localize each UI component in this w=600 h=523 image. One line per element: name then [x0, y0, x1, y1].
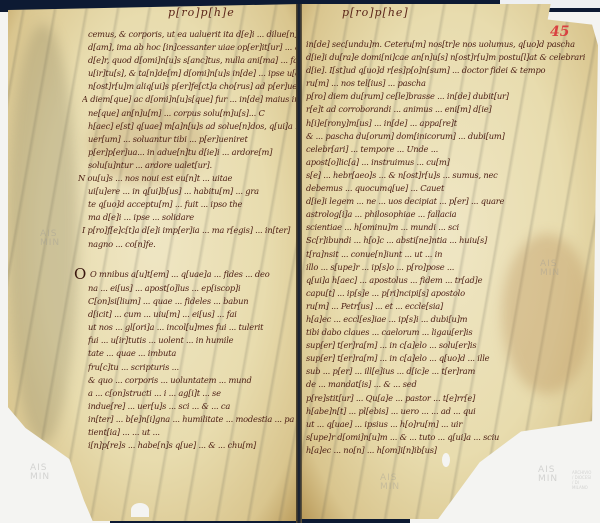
watermark-caption: ARCHIVIO / DIOCESI / DI MILANO — [572, 470, 591, 490]
text-line: p[re]stit[ur] ... Qu[a]e ... pastor ... … — [306, 392, 585, 405]
watermark-line-2: MIN — [538, 475, 558, 484]
text-line: r[e]t ad corroborandi ... animus ... eni… — [306, 103, 585, 116]
initial-letter-o: O — [74, 268, 86, 282]
watermark-line-2: MIN — [380, 483, 400, 492]
text-line: & ... pascha du[orum] dom[inicorum] ... … — [306, 130, 585, 143]
text-line: nagno ... co[n]fe. — [88, 238, 300, 251]
left-text-first-line: O mnibus a[u]t[em] ... q[uae]a ... fides… — [90, 268, 270, 281]
text-line: scientiae ... h[ominu]m ... mundi ... sc… — [306, 221, 585, 234]
text-line: h[abe]n[t] ... pl[ebis] ... uero ... ...… — [306, 405, 585, 418]
running-header: p[ro]p[he] — [342, 6, 409, 19]
text-line: te q[uo]d acceptu[m] ... fuit ... ipso t… — [88, 198, 300, 211]
watermark: AIS MIN ARCHIVIO / DIOCESI / DI MILANO — [538, 466, 558, 484]
text-line: sup[er] t[er]ra[m] ... in c[a]elo ... so… — [306, 339, 585, 352]
text-line: cemus, & corporis, ut ea ualuerit ita d[… — [88, 28, 300, 41]
text-line: u[ir]tu[s], & ta[n]de[m] d[omi]n[u]s in[… — [88, 67, 300, 80]
text-line: ru[m] ... Petr[us] ... et ... eccle[sia] — [306, 300, 585, 313]
text-line: i[n]p[re]s ... habe[n]s q[ue] ... & ... … — [88, 439, 294, 452]
text-line: h[a]ec ... eccl[es]iae ... ip[s]i ... du… — [306, 313, 585, 326]
text-line: na ... ei[us] ... apost[o]lus ... ep[isc… — [88, 282, 294, 295]
text-line: ut nos ... gl[ori]a ... incol[u]mes fui … — [88, 321, 294, 334]
running-header: p[ro]p[h]e — [168, 6, 235, 19]
text-line: & quo ... corporis ... uoluntatem ... mu… — [88, 374, 294, 387]
parchment-hole — [131, 503, 149, 517]
watermark: AIS MIN — [40, 230, 60, 248]
text-line: n[ost]r[u]m aliq[ui]s p[er]fe[ct]a cho[r… — [88, 80, 300, 93]
text-line: ma d[e]i ... ipse ... solidare — [88, 211, 300, 224]
text-line: d[am], ima ab hoc [in]cessanter uiae op[… — [88, 41, 300, 54]
text-line: astrolog[i]a ... philosophiae ... fallac… — [306, 208, 585, 221]
text-line: d[ie]i legem ... ne ... uos decipiat ...… — [306, 195, 585, 208]
text-line: p[ro] diem du[rum] ce[le]brasse ... in[d… — [306, 90, 585, 103]
text-line: a ... c[on]structi ... i ... ag[i]t ... … — [88, 387, 294, 400]
right-text-block: in[de] sec[undu]m. Ceteru[m] nos[tr]e no… — [306, 38, 585, 457]
text-line: d[ie]. I[st]ud q[uo]d r[es]p[o]n[sum] ..… — [306, 64, 585, 77]
text-line: s[upe]r d[omi]n[u]m ... & ... tuto ... q… — [306, 431, 585, 444]
text-line: ut ... q[uae] ... ipsius ... h[o]ru[m] .… — [306, 418, 585, 431]
text-line: in[ter] ... b[e]n[i]gna ... humilitate .… — [88, 413, 294, 426]
watermark: AIS MIN — [380, 474, 400, 492]
text-line: O mnibus a[u]t[em] ... q[uae]a ... fides… — [90, 268, 270, 281]
left-page: p[ro]p[h]e cemus, & corporis, ut ea ualu… — [8, 4, 300, 521]
watermark-line-2: MIN — [30, 473, 50, 482]
text-line: I p[ro]f[e]c[t]a d[e]i imp[er]ia ... ma … — [82, 224, 300, 237]
text-line: fru[c]tu ... scripturis ... — [88, 361, 294, 374]
left-text-block-1: cemus, & corporis, ut ea ualuerit ita d[… — [88, 28, 300, 251]
watermark: AIS MIN — [540, 260, 560, 278]
left-text-block-2: O na ... ei[us] ... apost[o]lus ... ep[i… — [88, 268, 294, 452]
book-gutter — [296, 4, 302, 523]
text-line: N ou[u]s ... nos noui est eu[n]t ... uit… — [78, 172, 300, 185]
text-line: s[e] ... hebr[aeo]s ... & n[ost]r[u]s ..… — [306, 169, 585, 182]
text-line: in[de] sec[undu]m. Ceteru[m] nos[tr]e no… — [306, 38, 585, 51]
text-line: solu[u]ntur ... ardore ualet[ur]. — [88, 159, 300, 172]
text-line: h[i]e[rony]m[us] ... in[de] ... appa[re]… — [306, 117, 585, 130]
text-line: fui ... u[ir]tutis ... uolent ... in hum… — [88, 334, 294, 347]
text-line: d[icit] ... cum ... uiu[m] ... ei[us] ..… — [88, 308, 294, 321]
text-line: celebr[ari] ... tempore ... Unde ... — [306, 143, 585, 156]
text-line: h[aec] e[st] q[uae] m[a]n[u]s ad solue[n… — [88, 120, 300, 133]
parchment-hole — [442, 453, 450, 467]
text-line: uer[um] ... soluantur tibi ... p[er]ueni… — [88, 133, 300, 146]
text-line: tibi dabo claues ... caelorum ... ligau[… — [306, 326, 585, 339]
text-line: d[ie]i du[ra]e domi[ni]cae an[n]u[s] n[o… — [306, 51, 585, 64]
text-line: sub ... p[er] ... ill[e]ius ... d[ic]e .… — [306, 365, 585, 378]
text-line: capu[t] ... ip[s]e ... p[ri]ncipi[s] apo… — [306, 287, 585, 300]
text-line: C[on]si[lium] ... quae ... fideles ... b… — [88, 295, 294, 308]
text-line: Sc[r]ibundi ... h[o]c ... absti[ne]ntia … — [306, 234, 585, 247]
text-line: A diem[que] ac d[omi]n[u]s[que] fur ... … — [82, 93, 300, 106]
manuscript-scan: p[ro]p[h]e cemus, & corporis, ut ea ualu… — [0, 0, 600, 523]
text-line: sup[er] t[er]ra[m] ... in c[a]elo ... q[… — [306, 352, 585, 365]
text-line: de ... mandat[is] ... & ... sed — [306, 378, 585, 391]
text-line: tient[ia] ... ... ut ... — [88, 426, 294, 439]
text-line: d[e]r, quod d[omi]n[u]s s[anc]tus, nulla… — [88, 54, 300, 67]
text-line: apost[o]lic[a] ... instruimus ... cu[m] — [306, 156, 585, 169]
text-line: p[er]p[er]ua... in adue[n]tu d[ie]i ... … — [88, 146, 300, 159]
text-line: tate ... quae ... imbuta — [88, 347, 294, 360]
text-line: ru[m] ... nos tel[ius] ... pascha — [306, 77, 585, 90]
text-line: debemus ... quocumq[ue] ... Cauet — [306, 182, 585, 195]
text-line: indue[re] ... uer[u]s ... sci ... & ... … — [88, 400, 294, 413]
watermark-line-2: MIN — [40, 239, 60, 248]
text-line: ne[que] an[n]u[m] ... corpus solu[m]u[s]… — [88, 107, 300, 120]
watermark: AIS MIN — [30, 464, 50, 482]
text-line: ui[u]ere ... in q[ui]b[us] ... habitu[m]… — [88, 185, 300, 198]
watermark-line-2: MIN — [540, 269, 560, 278]
